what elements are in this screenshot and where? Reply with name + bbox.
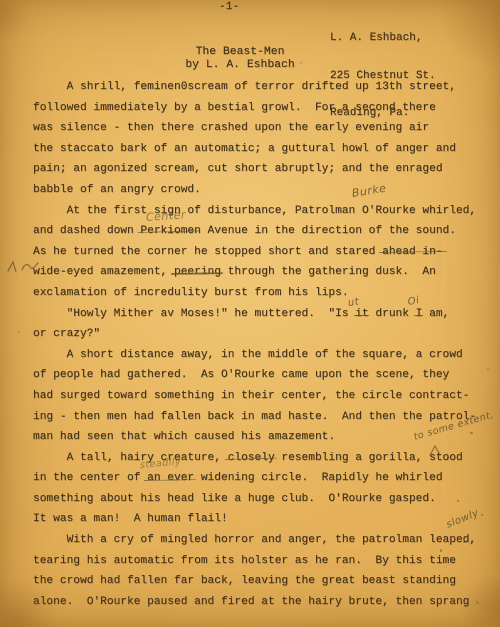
paper-speck — [481, 514, 483, 516]
paper-speck — [487, 368, 489, 370]
manuscript-page: -1- L. A. Eshbach, 225 Chestnut St. Read… — [0, 0, 500, 627]
insertion-caret-mark — [428, 444, 442, 456]
strikethrough-i — [414, 315, 423, 316]
handwritten-note-center: Center — [146, 208, 187, 224]
paper-speck — [440, 549, 442, 552]
author-name: L. A. Eshbach, — [330, 32, 436, 45]
paper-speck — [457, 500, 459, 502]
paper-speck — [447, 457, 449, 459]
paper-speck — [476, 601, 479, 604]
story-title-block: The Beast-Men by L. A. Eshbach — [140, 46, 340, 72]
manuscript-body-text: A shrill, feminen0scream of terror drift… — [33, 77, 495, 612]
story-title: The Beast-Men — [140, 46, 340, 59]
paper-speck — [18, 331, 20, 333]
handwritten-note-oi: Oi — [407, 295, 420, 308]
paper-speck — [463, 541, 466, 543]
strikethrough-it — [354, 315, 369, 316]
page-number: -1- — [219, 1, 239, 13]
handwritten-note-ut: ut — [347, 296, 360, 308]
paper-speck — [140, 101, 142, 103]
paper-speck — [300, 62, 302, 64]
paper-speck — [470, 432, 473, 434]
story-byline: by L. A. Eshbach — [140, 59, 340, 72]
pencil-margin-mark — [6, 258, 40, 276]
